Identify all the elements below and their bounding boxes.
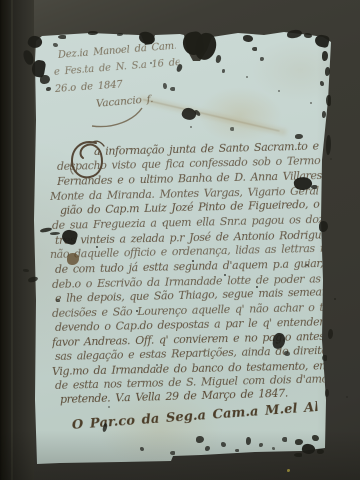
ink-stain: [284, 351, 290, 356]
ink-stain: [325, 389, 329, 397]
ink-speckles: [96, 246, 98, 248]
ink-stain: [326, 95, 331, 106]
scanned-letter-photo: Dez.ia Manoel da Cam.ae Fes.ta de N. S.a…: [0, 0, 360, 480]
manuscript-paper: Dez.ia Manoel da Cam.ae Fes.ta de N. S.a…: [0, 0, 360, 480]
ink-stain: [252, 47, 257, 51]
handwriting-line: e Fes.ta de N. S.a 16 de Dez.o: [54, 57, 180, 78]
ink-stain: [56, 299, 60, 302]
ink-stain: [326, 135, 331, 155]
ink-stain: [230, 127, 234, 131]
background-shade: [0, 430, 360, 480]
ink-stain: [311, 185, 317, 189]
ink-stain: [328, 329, 333, 339]
ink-stain: [319, 221, 328, 232]
ink-speckles: [150, 62, 152, 64]
ink-stain: [58, 35, 66, 39]
signature: O Par.co da Seg.a Cam.a M.el Alv.es Rebe…: [71, 400, 317, 433]
header-rubric-flourish: [88, 104, 146, 136]
handwriting-line: 26.o de 1847: [55, 78, 140, 95]
ink-stain: [163, 83, 167, 89]
ink-stain: [322, 355, 327, 361]
ink-stain: [23, 269, 29, 272]
ink-stain: [320, 81, 324, 86]
ink-stain: [53, 43, 58, 47]
ink-stain: [304, 33, 312, 38]
paper-crease-line: [143, 99, 280, 131]
ink-stain: [243, 35, 253, 42]
ink-stain: [170, 87, 175, 91]
binding-sheet-edge: [11, 0, 13, 480]
binding-edge: [0, 0, 34, 480]
